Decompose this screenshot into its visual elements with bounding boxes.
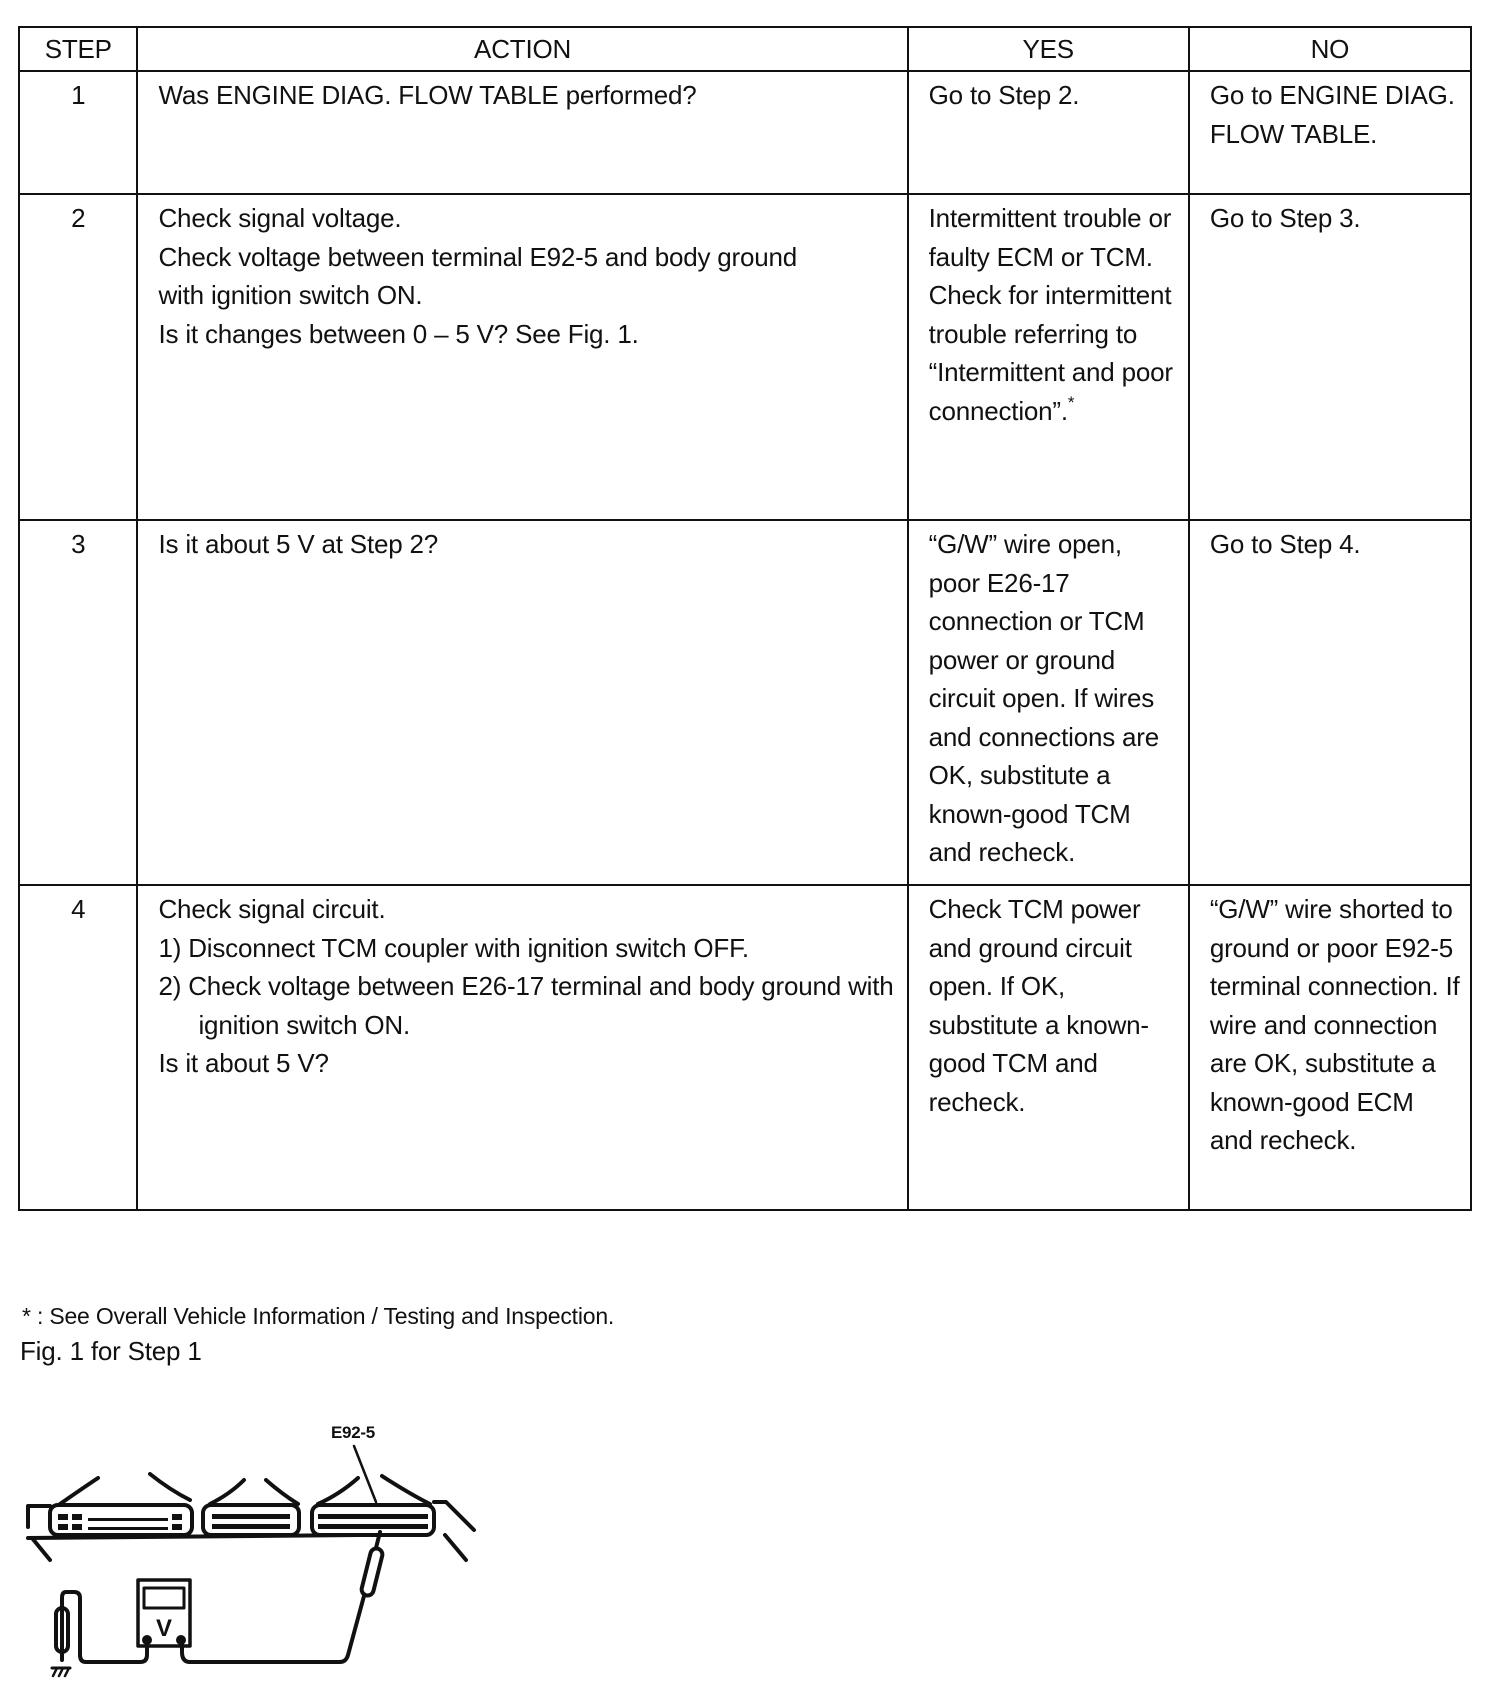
- yes-cell: “G/W” wire open, poor E26-17 connection …: [908, 520, 1189, 885]
- action-text: Was ENGINE DIAG. FLOW TABLE performed?: [158, 76, 898, 115]
- action-cell: Was ENGINE DIAG. FLOW TABLE performed?: [137, 71, 907, 194]
- action-substep: 2) Check voltage between E26-17 terminal…: [158, 967, 898, 1044]
- action-text: Is it changes between 0 – 5 V? See Fig. …: [158, 315, 898, 354]
- step-number: 1: [19, 71, 137, 194]
- action-text: Check signal voltage.: [158, 199, 898, 238]
- yes-cell: Intermittent trouble or faulty ECM or TC…: [908, 194, 1189, 520]
- action-cell: Check signal voltage. Check voltage betw…: [137, 194, 907, 520]
- no-cell: Go to ENGINE DIAG. FLOW TABLE.: [1189, 71, 1471, 194]
- meter-symbol: V: [156, 1615, 172, 1642]
- yes-cell: Check TCM power and ground circuit open.…: [908, 885, 1189, 1210]
- yes-text: Intermittent trouble or faulty ECM or TC…: [929, 203, 1173, 426]
- step-number: 4: [19, 885, 137, 1210]
- action-text: Check voltage between terminal E92-5 and…: [158, 238, 898, 315]
- diagnostic-page: STEP ACTION YES NO 1 Was ENGINE DIAG. FL…: [0, 0, 1504, 1688]
- header-action: ACTION: [137, 27, 907, 71]
- action-text: Is it about 5 V at Step 2?: [158, 525, 898, 564]
- diagnostic-flow-table: STEP ACTION YES NO 1 Was ENGINE DIAG. FL…: [18, 26, 1472, 1211]
- action-substep: 1) Disconnect TCM coupler with ignition …: [158, 929, 898, 968]
- footnote-marker: *: [1068, 393, 1074, 412]
- action-cell: Is it about 5 V at Step 2?: [137, 520, 907, 885]
- no-cell: “G/W” wire shorted to ground or poor E92…: [1189, 885, 1471, 1210]
- no-cell: Go to Step 4.: [1189, 520, 1471, 885]
- table-row: 2 Check signal voltage. Check voltage be…: [19, 194, 1471, 520]
- table-row: 3 Is it about 5 V at Step 2? “G/W” wire …: [19, 520, 1471, 885]
- step-number: 2: [19, 194, 137, 520]
- header-step: STEP: [19, 27, 137, 71]
- step-number: 3: [19, 520, 137, 885]
- action-cell: Check signal circuit. 1) Disconnect TCM …: [137, 885, 907, 1210]
- header-yes: YES: [908, 27, 1189, 71]
- yes-cell: Go to Step 2.: [908, 71, 1189, 194]
- table-row: 4 Check signal circuit. 1) Disconnect TC…: [19, 885, 1471, 1210]
- no-cell: Go to Step 3.: [1189, 194, 1471, 520]
- voltmeter-probe-diagram-icon: V: [0, 1440, 500, 1680]
- figure-caption: Fig. 1 for Step 1: [20, 1336, 202, 1367]
- action-question: Is it about 5 V?: [158, 1044, 898, 1083]
- table-header-row: STEP ACTION YES NO: [19, 27, 1471, 71]
- action-text: Check signal circuit.: [158, 890, 898, 929]
- table-row: 1 Was ENGINE DIAG. FLOW TABLE performed?…: [19, 71, 1471, 194]
- footnote: * : See Overall Vehicle Information / Te…: [22, 1303, 614, 1330]
- header-no: NO: [1189, 27, 1471, 71]
